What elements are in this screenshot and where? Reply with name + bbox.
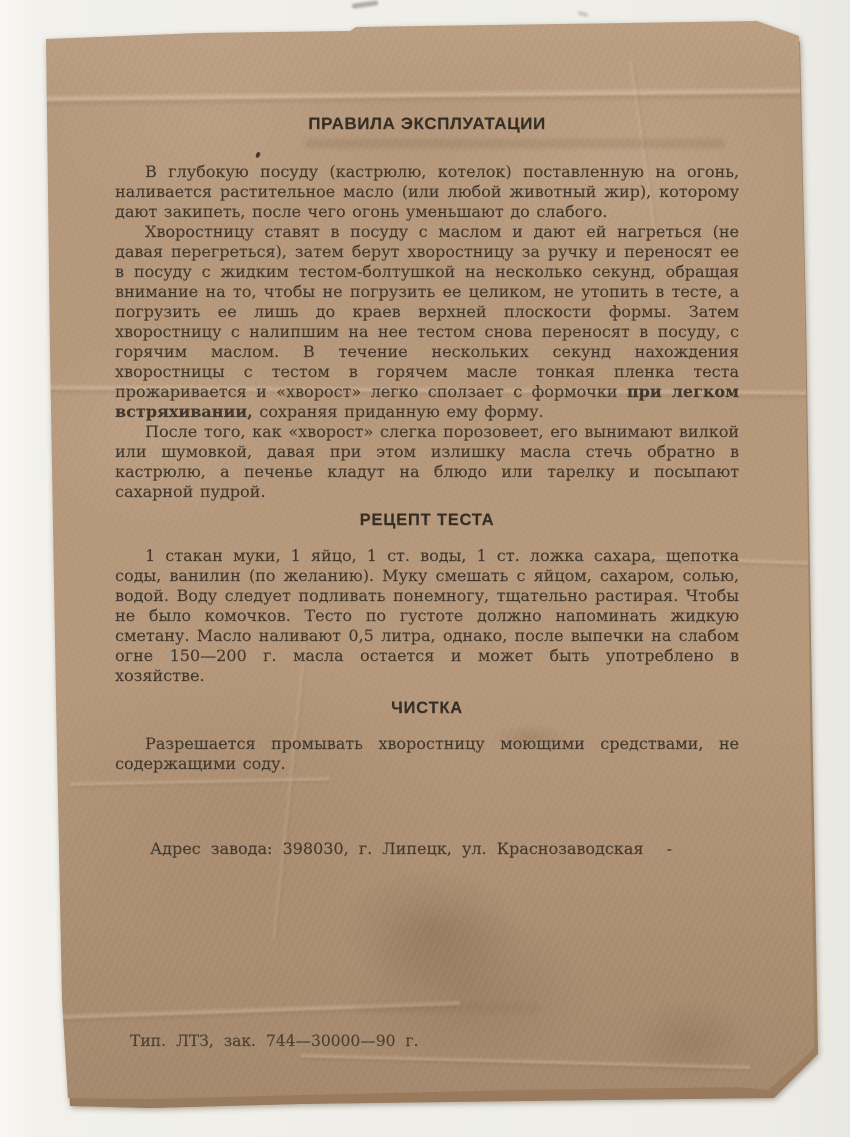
crease: [60, 999, 460, 1025]
ghost-text-bleed: [355, 1003, 540, 1013]
crease: [46, 86, 801, 108]
page-title: ПРАВИЛА ЭКСПЛУАТАЦИИ: [115, 114, 739, 134]
address-trailing-dash: -: [667, 839, 672, 859]
cleaning-paragraph: Разрешается промывать хворостницу моющим…: [115, 734, 739, 774]
scanned-leaflet: ПРАВИЛА ЭКСПЛУАТАЦИИ В глубокую посуду (…: [0, 0, 850, 1137]
usage-paragraph-2: Хворостницу ставят в посуду с маслом и д…: [115, 222, 739, 422]
usage-paragraph-1: В глубокую посуду (кастрюлю, котелок) по…: [115, 162, 739, 222]
recipe-heading: РЕЦЕПТ ТЕСТА: [115, 510, 739, 530]
usage-paragraph-3: После того, как «хворост» слегка порозов…: [115, 422, 739, 502]
factory-address-line: Адрес завода: 398030, г. Липецк, ул. Кра…: [150, 839, 672, 859]
paper-sheet: ПРАВИЛА ЭКСПЛУАТАЦИИ В глубокую посуду (…: [0, 0, 850, 1137]
crease: [300, 1052, 750, 1074]
print-shop-imprint: Тип. ЛТЗ, зак. 744—30000—90 г.: [130, 1031, 418, 1051]
cleaning-heading: ЧИСТКА: [115, 698, 739, 718]
factory-address-text: Адрес завода: 398030, г. Липецк, ул. Кра…: [150, 839, 643, 859]
printed-text-block: ПРАВИЛА ЭКСПЛУАТАЦИИ В глубокую посуду (…: [115, 114, 739, 774]
recipe-paragraph: 1 стакан муки, 1 яйцо, 1 ст. воды, 1 ст.…: [115, 546, 739, 686]
crease: [70, 775, 330, 790]
paper-stack: ПРАВИЛА ЭКСПЛУАТАЦИИ В глубокую посуду (…: [0, 0, 850, 1137]
usage-paragraph-2-start: Хворостницу ставят в посуду с маслом и д…: [115, 222, 739, 401]
usage-paragraph-2-end: сохраняя приданную ему форму.: [253, 402, 544, 421]
